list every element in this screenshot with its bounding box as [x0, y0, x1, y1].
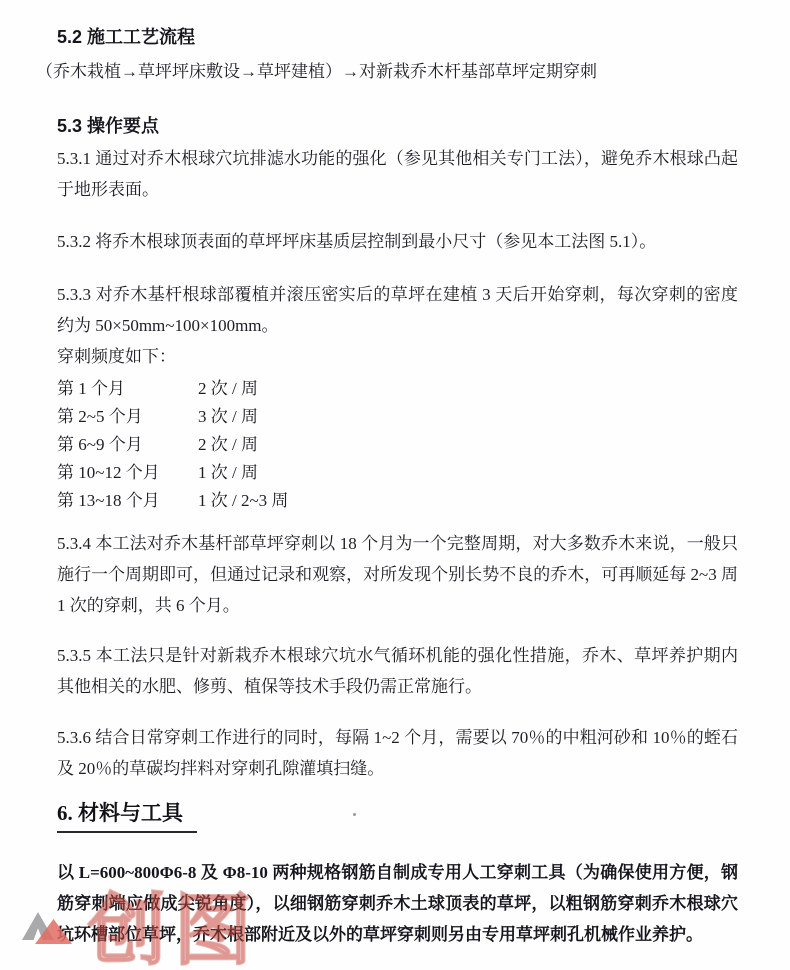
frequency-period: 第 10~12 个月 — [57, 458, 198, 483]
table-row: 第 13~18 个月 1 次 / 2~3 周 — [57, 484, 738, 512]
table-row: 第 2~5 个月 3 次 / 周 — [57, 400, 738, 428]
frequency-period: 第 2~5 个月 — [57, 402, 198, 427]
frequency-period: 第 1 个月 — [57, 374, 198, 399]
table-row: 第 1 个月 2 次 / 周 — [57, 372, 738, 400]
paragraph-5-3-5: 5.3.5 本工法只是针对新栽乔木根球穴坑水气循环机能的强化性措施，乔木、草坪养… — [57, 640, 738, 702]
frequency-value: 1 次 / 2~3 周 — [198, 486, 738, 511]
frequency-value: 3 次 / 周 — [198, 402, 738, 427]
frequency-value: 2 次 / 周 — [198, 430, 738, 455]
scan-dot-artifact — [353, 813, 356, 816]
paragraph-5-3-3: 5.3.3 对乔木基杆根球部覆植并滚压密实后的草坪在建植 3 天后开始穿刺，每次… — [57, 279, 738, 341]
document-page: 5.2 施工工艺流程 （乔木栽植→草坪坪床敷设→草坪建植）→对新栽乔木杆基部草坪… — [0, 0, 790, 970]
paragraph-5-3-4: 5.3.4 本工法对乔木基杆部草坪穿刺以 18 个月为一个完整周期，对大多数乔木… — [57, 528, 738, 621]
table-row: 第 6~9 个月 2 次 / 周 — [57, 428, 738, 456]
section-6-heading: 6. 材料与工具 — [57, 800, 738, 833]
process-flow-line: （乔木栽植→草坪坪床敷设→草坪建植）→对新栽乔木杆基部草坪定期穿刺 — [36, 56, 738, 87]
frequency-value: 1 次 / 周 — [198, 458, 738, 483]
frequency-period: 第 13~18 个月 — [57, 486, 198, 511]
paragraph-6-materials: 以 L=600~800Φ6-8 及 Φ8-10 两种规格钢筋自制成专用人工穿刺工… — [57, 857, 738, 950]
paragraph-5-3-2: 5.3.2 将乔木根球顶表面的草坪坪床基质层控制到最小尺寸（参见本工法图 5.1… — [57, 226, 738, 257]
puncture-frequency-label: 穿刺频度如下： — [57, 341, 738, 372]
paragraph-5-3-1: 5.3.1 通过对乔木根球穴坑排滤水功能的强化（参见其他相关专门工法），避免乔木… — [57, 143, 738, 205]
section-5-3-heading: 5.3 操作要点 — [57, 113, 738, 139]
puncture-frequency-table: 第 1 个月 2 次 / 周 第 2~5 个月 3 次 / 周 第 6~9 个月… — [57, 372, 738, 512]
section-5-2-heading: 5.2 施工工艺流程 — [57, 24, 738, 50]
paragraph-5-3-6: 5.3.6 结合日常穿刺工作进行的同时，每隔 1~2 个月，需要以 70％的中粗… — [57, 722, 738, 784]
section-6-heading-text: 6. 材料与工具 — [57, 800, 197, 833]
table-row: 第 10~12 个月 1 次 / 周 — [57, 456, 738, 484]
frequency-period: 第 6~9 个月 — [57, 430, 198, 455]
frequency-value: 2 次 / 周 — [198, 374, 738, 399]
